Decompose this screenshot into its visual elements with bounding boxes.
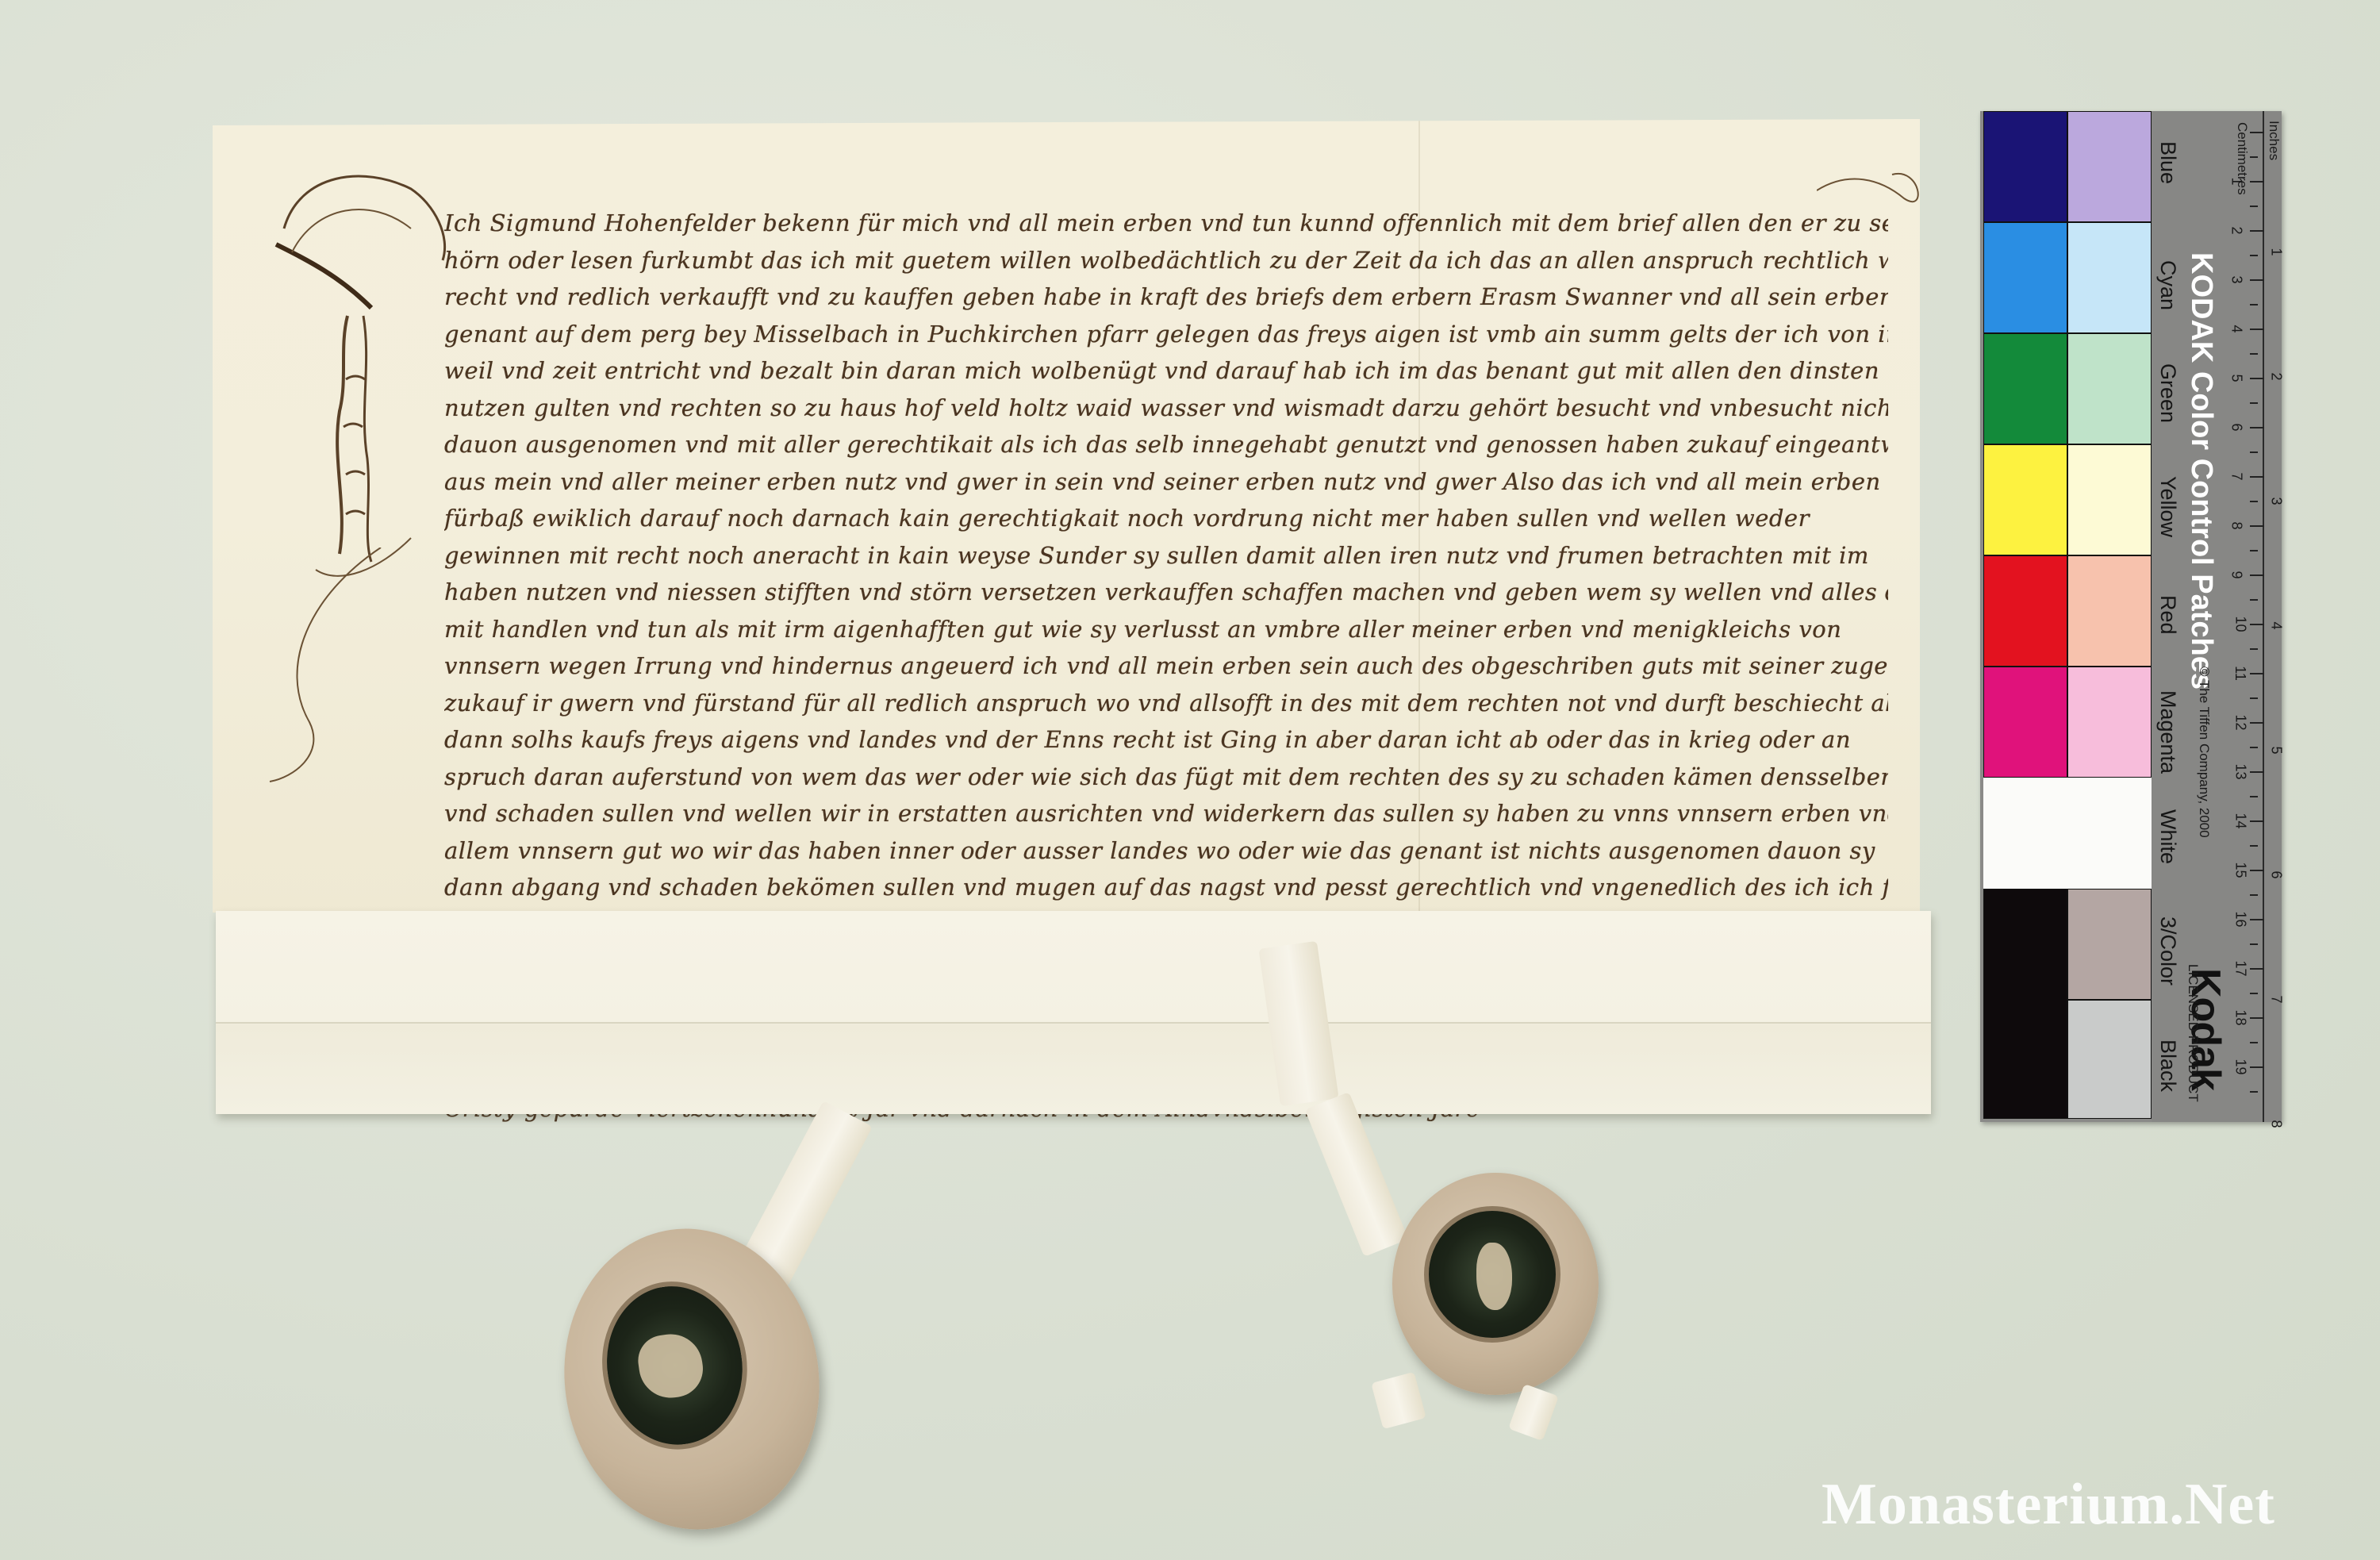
cm-mark: 9 bbox=[2228, 571, 2245, 578]
cm-mark: 7 bbox=[2228, 472, 2245, 480]
ruler-tick bbox=[2250, 968, 2264, 970]
ruler-tick bbox=[2250, 1017, 2264, 1019]
cm-mark: 19 bbox=[2232, 1059, 2249, 1074]
ruler-tick bbox=[2250, 894, 2258, 896]
text-line: aus mein vnd aller meiner erben nutz vnd… bbox=[444, 463, 1888, 501]
patch-cyan-dark bbox=[1983, 222, 2067, 333]
text-line: dann solhs kaufs freys aigens vnd landes… bbox=[444, 721, 1888, 759]
ruler-tick bbox=[2250, 796, 2258, 797]
ruler-tick bbox=[2250, 255, 2258, 256]
ruler-tick bbox=[2250, 279, 2264, 281]
ruler-tick bbox=[2250, 919, 2264, 920]
ruler-tick bbox=[2250, 771, 2264, 773]
patch-label-magenta: Magenta bbox=[2155, 690, 2180, 774]
patch-magenta-dark bbox=[1983, 667, 2067, 778]
ruler-tick bbox=[2250, 304, 2258, 305]
ruler-tick bbox=[2250, 427, 2264, 428]
cm-mark: 18 bbox=[2232, 1009, 2249, 1025]
seal-impression bbox=[1424, 1206, 1560, 1343]
patch-blue-light bbox=[2067, 111, 2152, 222]
patch-label-red: Red bbox=[2155, 595, 2180, 635]
fold-line bbox=[216, 1022, 1931, 1024]
cm-mark: 3 bbox=[2228, 275, 2245, 283]
patch-label-blue: Blue bbox=[2155, 141, 2180, 184]
patch-3color bbox=[2067, 889, 2152, 1000]
decorated-initial-icon bbox=[252, 141, 459, 586]
text-line: allem vnnsern gut wo wir das haben inner… bbox=[444, 832, 1888, 870]
patch-white bbox=[1983, 778, 2152, 889]
patch-label-cyan: Cyan bbox=[2155, 260, 2180, 310]
ruler-tick bbox=[2250, 230, 2264, 232]
ruler-tick bbox=[2250, 943, 2258, 945]
ruler-tick bbox=[2250, 599, 2258, 601]
patch-label-green: Green bbox=[2155, 363, 2180, 423]
ruler-tick bbox=[2250, 501, 2258, 502]
ruler-tick bbox=[2250, 402, 2258, 404]
ruler-tick bbox=[2250, 624, 2264, 625]
seal-figure-icon bbox=[1476, 1243, 1512, 1310]
patch-black-light bbox=[2067, 1000, 2152, 1119]
ruler-tick bbox=[2250, 451, 2258, 453]
cm-mark: 1 bbox=[2228, 177, 2245, 185]
measurement-ruler: Blue Cyan Green Yellow Red Magenta White… bbox=[2152, 111, 2282, 1122]
text-line: Ich Sigmund Hohenfelder bekenn für mich … bbox=[444, 205, 1888, 242]
text-line: haben nutzen vnd niessen stifften vnd st… bbox=[444, 574, 1888, 611]
inch-mark: 5 bbox=[2268, 746, 2285, 754]
inch-mark: 2 bbox=[2268, 372, 2285, 380]
ruler-tick bbox=[2250, 845, 2258, 847]
patch-black-dark bbox=[1983, 889, 2067, 1119]
patch-label-white: White bbox=[2155, 809, 2180, 864]
copyright-text: © The Tiffen Company, 2000 bbox=[2196, 667, 2212, 838]
cm-mark: 10 bbox=[2232, 616, 2249, 632]
ruler-tick bbox=[2250, 550, 2258, 551]
wax-seal-right bbox=[1392, 1173, 1599, 1395]
inch-mark: 1 bbox=[2268, 248, 2285, 256]
seal-figure-icon bbox=[635, 1330, 706, 1401]
patch-label-yellow: Yellow bbox=[2155, 476, 2180, 537]
ruler-tick bbox=[2250, 378, 2264, 379]
ruler-tick bbox=[2250, 353, 2258, 355]
ruler-tick bbox=[2250, 574, 2264, 576]
cm-mark: 11 bbox=[2232, 666, 2248, 681]
cm-mark: 2 bbox=[2228, 226, 2245, 234]
patch-yellow-light bbox=[2067, 444, 2152, 555]
plica-fold bbox=[216, 911, 1931, 1114]
text-line: fürbaß ewiklich darauf noch darnach kain… bbox=[444, 500, 1888, 537]
cm-mark: 6 bbox=[2228, 423, 2245, 431]
ruler-tick bbox=[2250, 525, 2264, 527]
inch-mark: 4 bbox=[2268, 621, 2285, 629]
ruler-tick bbox=[2250, 820, 2264, 822]
inch-mark: 3 bbox=[2268, 497, 2285, 505]
cm-mark: 8 bbox=[2228, 521, 2245, 529]
patch-cyan-light bbox=[2067, 222, 2152, 333]
ruler-tick bbox=[2250, 993, 2258, 994]
ruler-tick bbox=[2250, 329, 2264, 330]
ruler-tick bbox=[2250, 722, 2264, 724]
patch-yellow-dark bbox=[1983, 444, 2067, 555]
text-line: recht vnd redlich verkaufft vnd zu kauff… bbox=[444, 279, 1888, 316]
ruler-tick bbox=[2250, 648, 2258, 650]
ruler-tick bbox=[2250, 1066, 2264, 1068]
ruler-ticks: 1234567891011121314151617181912345678 bbox=[2263, 111, 2283, 1122]
ruler-tick bbox=[2250, 1091, 2258, 1093]
ruler-tick bbox=[2250, 870, 2264, 871]
cm-mark: 14 bbox=[2232, 813, 2249, 828]
text-line: vnnsern wegen Irrung vnd hindernus angeu… bbox=[444, 647, 1888, 685]
cm-mark: 5 bbox=[2228, 374, 2245, 382]
cm-mark: 17 bbox=[2232, 960, 2249, 976]
patch-blue-dark bbox=[1983, 111, 2067, 222]
cm-mark: 16 bbox=[2232, 911, 2249, 927]
ruler-tick bbox=[2250, 1042, 2258, 1043]
inch-mark: 8 bbox=[2268, 1120, 2285, 1128]
cm-mark: 4 bbox=[2228, 325, 2245, 332]
patch-green-light bbox=[2067, 333, 2152, 444]
cm-mark: 15 bbox=[2232, 862, 2249, 878]
ruler-tick bbox=[2250, 673, 2264, 674]
ruler-tick bbox=[2250, 476, 2264, 478]
patch-red-light bbox=[2067, 555, 2152, 667]
text-line: dauon ausgenomen vnd mit aller gerechtik… bbox=[444, 426, 1888, 463]
text-line: dann abgang vnd schaden bekömen sullen v… bbox=[444, 869, 1888, 906]
text-line: spruch daran auferstund von wem das wer … bbox=[444, 759, 1888, 796]
text-line: nutzen gulten vnd rechten so zu haus hof… bbox=[444, 390, 1888, 427]
ruler-tick bbox=[2250, 132, 2264, 133]
inch-mark: 6 bbox=[2268, 870, 2285, 878]
patch-label-black: Black bbox=[2155, 1039, 2180, 1092]
licensed-product-text: LICENSED PRODUCT bbox=[2185, 964, 2201, 1102]
ruler-tick bbox=[2250, 697, 2258, 699]
patch-green-dark bbox=[1983, 333, 2067, 444]
margin-flourish-icon bbox=[262, 548, 389, 786]
patch-label-3color: 3/Color bbox=[2155, 916, 2180, 986]
ruler-tick bbox=[2250, 181, 2264, 183]
seal-impression bbox=[592, 1272, 758, 1458]
text-line: vnd schaden sullen vnd wellen wir in ers… bbox=[444, 795, 1888, 832]
patch-red-dark bbox=[1983, 555, 2067, 667]
inch-mark: 7 bbox=[2268, 995, 2285, 1003]
ruler-tick bbox=[2250, 206, 2258, 207]
text-line: zukauf ir gwern vnd fürstand für all red… bbox=[444, 685, 1888, 722]
text-line: weil vnd zeit entricht vnd bezalt bin da… bbox=[444, 352, 1888, 390]
text-line: gewinnen mit recht noch aneracht in kain… bbox=[444, 537, 1888, 574]
ruler-tick bbox=[2250, 156, 2258, 158]
patch-magenta-light bbox=[2067, 667, 2152, 778]
strip-title: KODAK Color Control Patches bbox=[2184, 252, 2218, 690]
monasterium-watermark: Monasterium.Net bbox=[1821, 1471, 2275, 1539]
text-line: mit handlen vnd tun als mit irm aigenhaf… bbox=[444, 611, 1888, 648]
ruler-tick bbox=[2250, 747, 2258, 748]
color-patches bbox=[1980, 111, 2152, 1122]
cm-mark: 13 bbox=[2232, 763, 2249, 779]
text-line: genant auf dem perg bey Misselbach in Pu… bbox=[444, 316, 1888, 353]
kodak-color-control-strip: Blue Cyan Green Yellow Red Magenta White… bbox=[1980, 111, 2282, 1122]
text-line: hörn oder lesen furkumbt das ich mit gue… bbox=[444, 242, 1888, 279]
cm-mark: 12 bbox=[2232, 714, 2249, 730]
